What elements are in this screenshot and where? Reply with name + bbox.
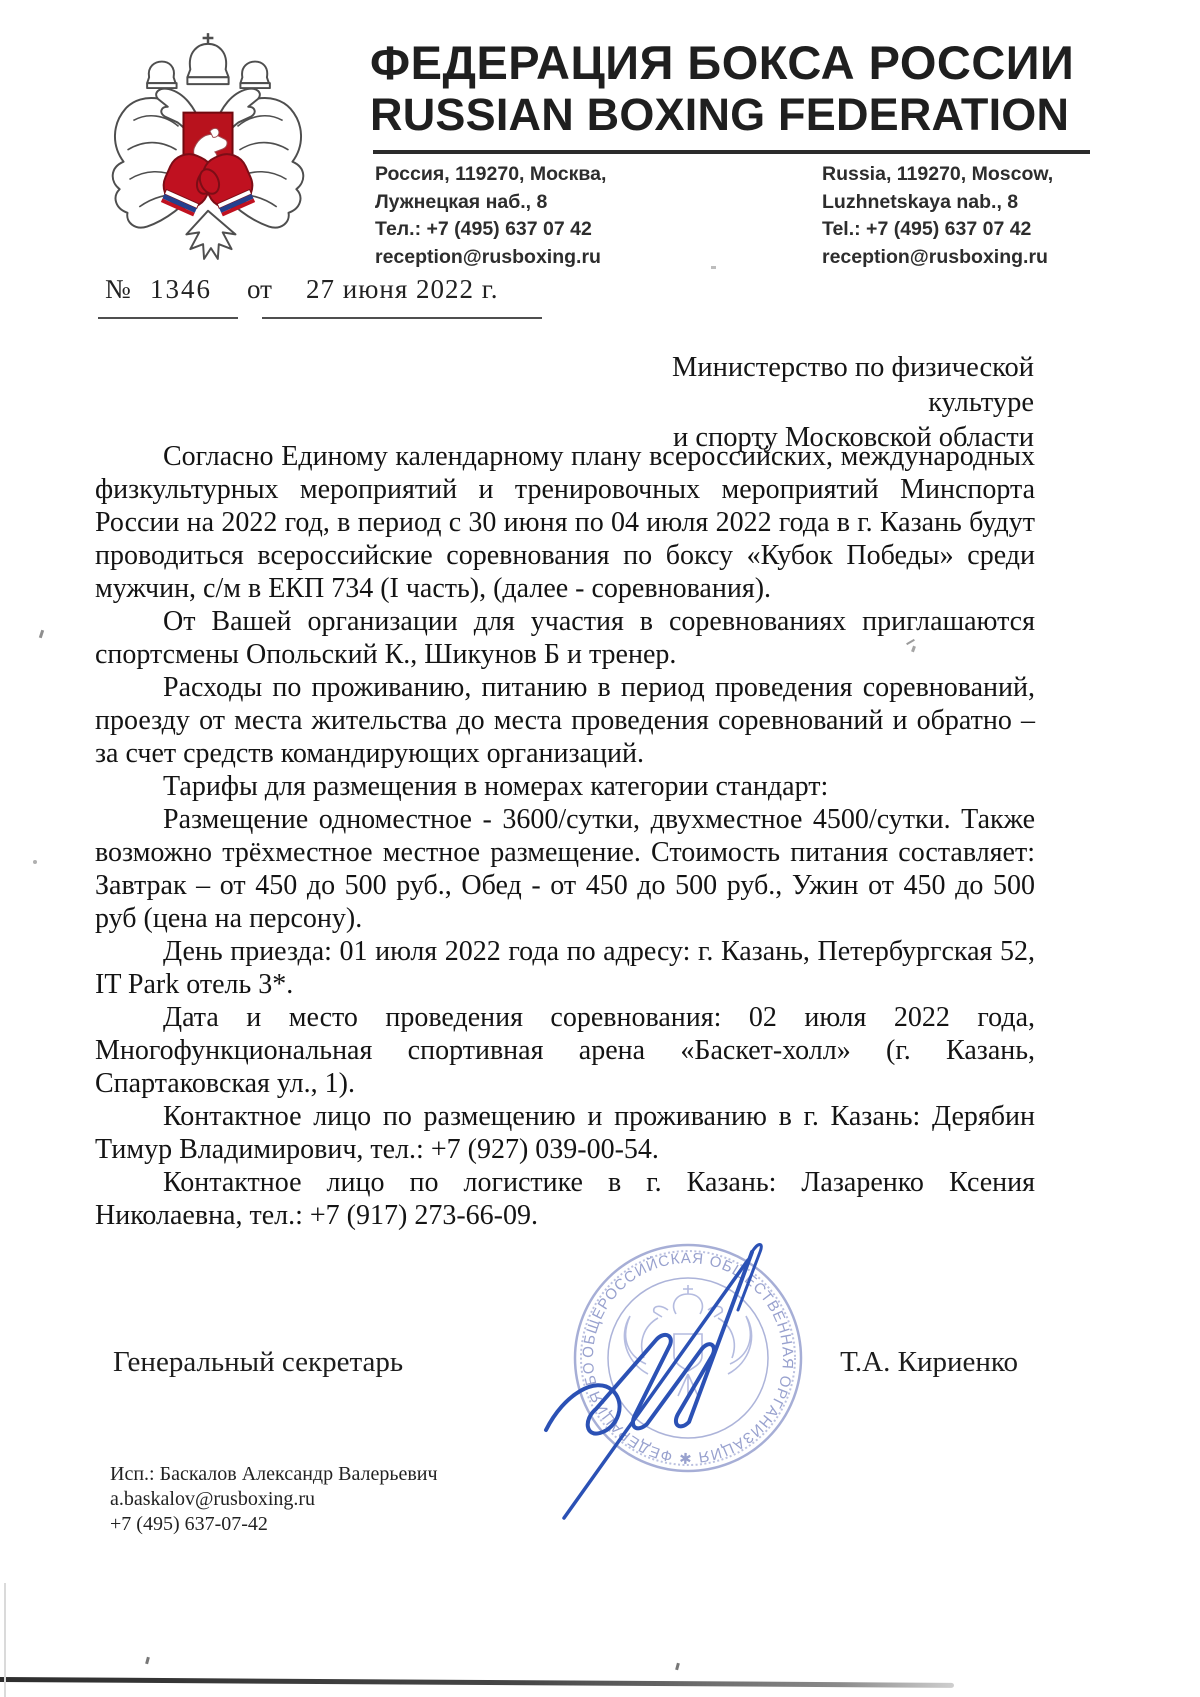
address-block-ru: Россия, 119270, Москва, Лужнецкая наб., … [375, 161, 705, 271]
paragraph: От Вашей организации для участия в сорев… [95, 605, 1035, 671]
signoff-position: Генеральный секретарь [113, 1346, 403, 1379]
boxing-federation-emblem-icon [100, 28, 316, 264]
scan-artifact [711, 266, 716, 269]
address-line: reception@rusboxing.ru [822, 244, 1152, 272]
address-block-en: Russia, 119270, Moscow, Luzhnetskaya nab… [822, 161, 1152, 271]
address-line: reception@rusboxing.ru [375, 244, 705, 272]
address-line: Лужнецкая наб., 8 [375, 189, 705, 217]
ref-date: 27 июня 2022 г. [306, 274, 499, 305]
ref-number-underline [98, 317, 238, 319]
signoff-name: Т.А. Кириенко [840, 1346, 1018, 1379]
address-line: Тел.: +7 (495) 637 07 42 [375, 216, 705, 244]
paragraph: Дата и место проведения соревнования: 02… [95, 1001, 1035, 1100]
scan-artifact [33, 860, 37, 864]
paragraph: Размещение одноместное - 3600/сутки, дву… [95, 803, 1035, 935]
ref-preposition: от [247, 274, 272, 305]
recipient-line: Министерство по физической культуре [600, 350, 1034, 420]
org-title-en: RUSSIAN BOXING FEDERATION [370, 90, 1018, 140]
paragraph: Расходы по проживанию, питанию в период … [95, 671, 1035, 770]
ref-date-underline [262, 317, 542, 319]
address-line: Россия, 119270, Москва, [375, 161, 705, 189]
scan-artifact [0, 1677, 954, 1688]
ref-number: 1346 [150, 274, 212, 305]
executor-email: a.baskalov@rusboxing.ru [110, 1487, 438, 1512]
address-line: Russia, 119270, Moscow, [822, 161, 1152, 189]
executor-name: Исп.: Баскалов Александр Валерьевич [110, 1462, 438, 1487]
org-title-ru: ФЕДЕРАЦИЯ БОКСА РОССИИ [370, 36, 1018, 90]
address-line: Tel.: +7 (495) 637 07 42 [822, 216, 1152, 244]
address-line: Luzhnetskaya nab., 8 [822, 189, 1152, 217]
executor-block: Исп.: Баскалов Александр Валерьевич a.ba… [110, 1462, 438, 1537]
scan-artifact [4, 1583, 6, 1697]
paragraph: День приезда: 01 июля 2022 года по адрес… [95, 935, 1035, 1001]
paragraph: Согласно Единому календарному плану всер… [95, 440, 1035, 605]
scanned-letter-page: ФЕДЕРАЦИЯ БОКСА РОССИИ RUSSIAN BOXING FE… [0, 0, 1200, 1697]
header-divider [373, 150, 1090, 154]
scan-artifact [145, 1657, 150, 1665]
letter-body: Согласно Единому календарному плану всер… [95, 440, 1035, 1232]
round-stamp: ОБЩЕРОССИЙСКАЯ ОБЩЕСТВЕННАЯ ОРГАНИЗАЦИЯ … [498, 1168, 898, 1552]
paragraph: Контактное лицо по размещению и проживан… [95, 1100, 1035, 1166]
scan-artifact [675, 1663, 680, 1671]
ref-number-sign: № [105, 274, 131, 305]
paragraph: Тарифы для размещения в номерах категори… [95, 770, 1035, 803]
executor-phone: +7 (495) 637-07-42 [110, 1512, 438, 1537]
scan-artifact [39, 630, 44, 639]
